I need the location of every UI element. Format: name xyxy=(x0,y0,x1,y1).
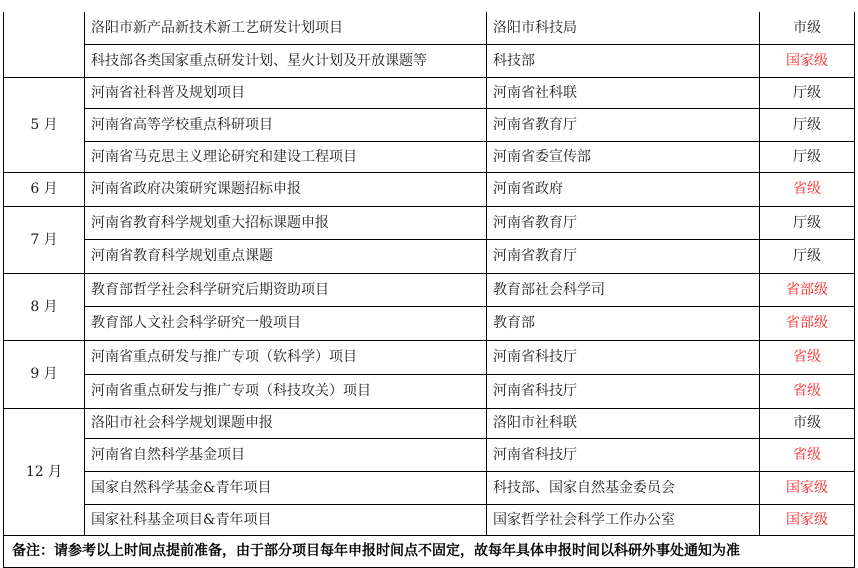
project-name: 河南省高等学校重点科研项目 xyxy=(85,108,487,141)
table-row: 河南省马克思主义理论研究和建设工程项目 河南省委宣传部 厅级 xyxy=(4,141,855,172)
level-badge: 省级 xyxy=(760,172,855,206)
table-row: 8 月 教育部哲学社会科学研究后期资助项目 教育部社会科学司 省部级 xyxy=(4,273,855,306)
project-name: 洛阳市新产品新技术新工艺研发计划项目 xyxy=(85,12,487,44)
department: 河南省科技厅 xyxy=(487,438,760,471)
table-row: 6 月 河南省政府决策研究课题招标申报 河南省政府 省级 xyxy=(4,172,855,206)
level-badge: 厅级 xyxy=(760,77,855,108)
month-cell: 7 月 xyxy=(4,206,85,273)
department: 河南省社科联 xyxy=(487,77,760,108)
table-row: 洛阳市新产品新技术新工艺研发计划项目 洛阳市科技局 市级 xyxy=(4,12,855,44)
department: 科技部 xyxy=(487,44,760,77)
table-row: 河南省教育科学规划重点课题 河南省教育厅 厅级 xyxy=(4,239,855,273)
note-row: 备注：请参考以上时间点提前准备，由于部分项目每年申报时间点不固定，故每年具体申报… xyxy=(4,535,855,567)
level-badge: 市级 xyxy=(760,408,855,438)
level-badge: 厅级 xyxy=(760,108,855,141)
project-name: 河南省社科普及规划项目 xyxy=(85,77,487,108)
project-name: 河南省重点研发与推广专项（软科学）项目 xyxy=(85,340,487,374)
department: 河南省科技厅 xyxy=(487,374,760,408)
department: 河南省教育厅 xyxy=(487,206,760,239)
table-row: 9 月 河南省重点研发与推广专项（软科学）项目 河南省科技厅 省级 xyxy=(4,340,855,374)
department: 河南省教育厅 xyxy=(487,108,760,141)
project-name: 河南省政府决策研究课题招标申报 xyxy=(85,172,487,206)
level-badge: 厅级 xyxy=(760,239,855,273)
table-row: 教育部人文社会科学研究一般项目 教育部 省部级 xyxy=(4,306,855,340)
table-row: 5 月 河南省社科普及规划项目 河南省社科联 厅级 xyxy=(4,77,855,108)
department: 河南省科技厅 xyxy=(487,340,760,374)
project-name: 河南省教育科学规划重大招标课题申报 xyxy=(85,206,487,239)
table-row: 12 月 洛阳市社会科学规划课题申报 洛阳市社科联 市级 xyxy=(4,408,855,438)
level-badge: 市级 xyxy=(760,12,855,44)
level-badge: 省级 xyxy=(760,438,855,471)
project-name: 河南省重点研发与推广专项（科技攻关）项目 xyxy=(85,374,487,408)
level-badge: 国家级 xyxy=(760,504,855,535)
project-name: 教育部哲学社会科学研究后期资助项目 xyxy=(85,273,487,306)
project-name: 国家自然科学基金&青年项目 xyxy=(85,471,487,504)
level-badge: 厅级 xyxy=(760,206,855,239)
level-badge: 省级 xyxy=(760,374,855,408)
department: 教育部 xyxy=(487,306,760,340)
month-cell xyxy=(4,12,85,77)
department: 国家哲学社会科学工作办公室 xyxy=(487,504,760,535)
level-badge: 省部级 xyxy=(760,273,855,306)
month-cell: 12 月 xyxy=(4,408,85,535)
table-row: 科技部各类国家重点研发计划、星火计划及开放课题等 科技部 国家级 xyxy=(4,44,855,77)
table-row: 河南省高等学校重点科研项目 河南省教育厅 厅级 xyxy=(4,108,855,141)
level-badge: 国家级 xyxy=(760,471,855,504)
department: 科技部、国家自然基金委员会 xyxy=(487,471,760,504)
project-name: 河南省马克思主义理论研究和建设工程项目 xyxy=(85,141,487,172)
project-name: 河南省自然科学基金项目 xyxy=(85,438,487,471)
level-badge: 省级 xyxy=(760,340,855,374)
project-name: 科技部各类国家重点研发计划、星火计划及开放课题等 xyxy=(85,44,487,77)
table-row: 7 月 河南省教育科学规划重大招标课题申报 河南省教育厅 厅级 xyxy=(4,206,855,239)
department: 洛阳市科技局 xyxy=(487,12,760,44)
table-row: 河南省自然科学基金项目 河南省科技厅 省级 xyxy=(4,438,855,471)
department: 洛阳市社科联 xyxy=(487,408,760,438)
level-badge: 厅级 xyxy=(760,141,855,172)
project-name: 洛阳市社会科学规划课题申报 xyxy=(85,408,487,438)
project-name: 教育部人文社会科学研究一般项目 xyxy=(85,306,487,340)
month-cell: 9 月 xyxy=(4,340,85,408)
table-row: 河南省重点研发与推广专项（科技攻关）项目 河南省科技厅 省级 xyxy=(4,374,855,408)
department: 河南省政府 xyxy=(487,172,760,206)
department: 河南省委宣传部 xyxy=(487,141,760,172)
month-cell: 6 月 xyxy=(4,172,85,206)
month-cell: 8 月 xyxy=(4,273,85,340)
project-name: 河南省教育科学规划重点课题 xyxy=(85,239,487,273)
project-name: 国家社科基金项目&青年项目 xyxy=(85,504,487,535)
department: 河南省教育厅 xyxy=(487,239,760,273)
level-badge: 国家级 xyxy=(760,44,855,77)
funding-schedule-table: 洛阳市新产品新技术新工艺研发计划项目 洛阳市科技局 市级 科技部各类国家重点研发… xyxy=(3,12,855,568)
month-cell: 5 月 xyxy=(4,77,85,172)
note-text: 备注：请参考以上时间点提前准备，由于部分项目每年申报时间点不固定，故每年具体申报… xyxy=(4,535,855,567)
department: 教育部社会科学司 xyxy=(487,273,760,306)
level-badge: 省部级 xyxy=(760,306,855,340)
table-row: 国家自然科学基金&青年项目 科技部、国家自然基金委员会 国家级 xyxy=(4,471,855,504)
table-row: 国家社科基金项目&青年项目 国家哲学社会科学工作办公室 国家级 xyxy=(4,504,855,535)
